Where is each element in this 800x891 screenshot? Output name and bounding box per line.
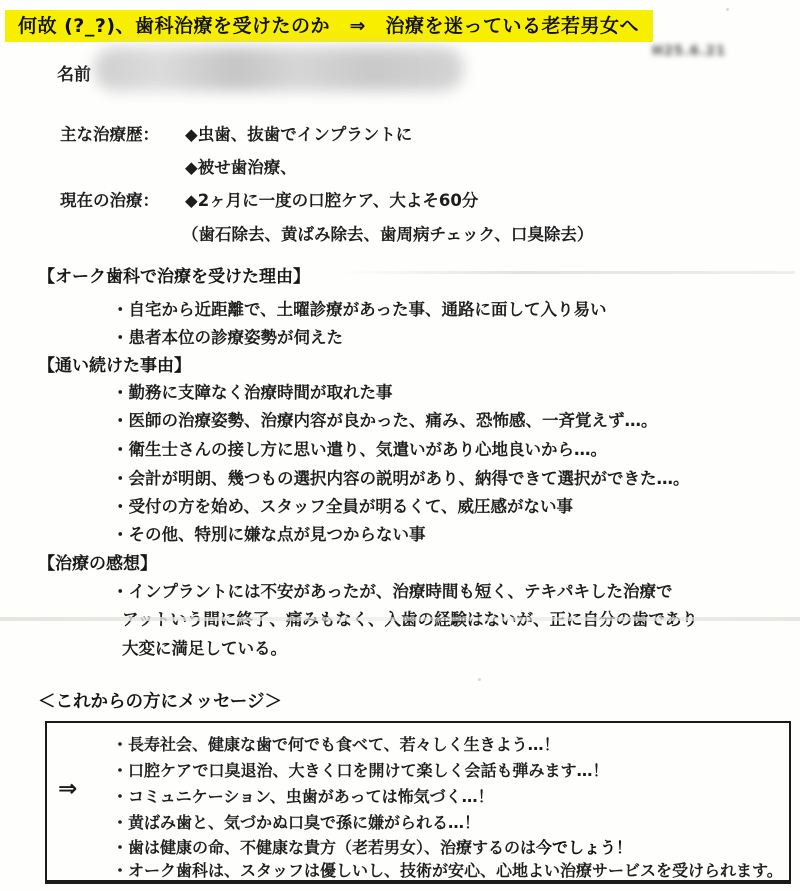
history-item: ◆被せ歯治療、 bbox=[185, 154, 297, 178]
message-item-emphasized: ・歯は健康の命、不健康な貴方（老若男女）、治療するのは今でしょう！ bbox=[112, 835, 632, 858]
list-item: ・その他、特別に嫌な点が見つからない事 bbox=[112, 521, 426, 545]
message-item-emphasis: 今でしょう！ bbox=[536, 838, 632, 857]
list-item: ・自宅から近距離で、土曜診療があった事、通路に面して入り易い bbox=[112, 296, 607, 320]
document-title: 何故 (?_?)、歯科治療を受けたのか ⇒ 治療を迷っている老若男女へ bbox=[18, 15, 639, 37]
date-stamp: H25.6.21 bbox=[652, 44, 726, 59]
double-arrow-icon: ⇒ bbox=[58, 776, 77, 802]
current-treatment-item: ◆2ヶ月に一度の口腔ケア、大よそ60分 bbox=[185, 187, 478, 211]
current-treatment-item: （歯石除去、黄ばみ除去、歯周病チェック、口臭除去） bbox=[182, 221, 593, 245]
redacted-name-blur bbox=[94, 47, 464, 91]
scanned-document-page: 何故 (?_?)、歯科治療を受けたのか ⇒ 治療を迷っている老若男女へ H25.… bbox=[0, 0, 800, 891]
section-heading-reasons: 【オーク歯科で治療を受けた理由】 bbox=[38, 262, 310, 287]
list-item: ・患者本位の診療姿勢が伺えた bbox=[112, 324, 343, 348]
message-item: ・口腔ケアで口臭退治、大きく口を開けて楽しく会話も弾みます…！ bbox=[112, 758, 608, 781]
list-item: ・インプラントには不安があったが、治療時間も短く、テキパキした治療で bbox=[112, 578, 673, 602]
scan-crease bbox=[340, 271, 795, 274]
message-heading: ＜これからの方にメッセージ＞ bbox=[38, 688, 282, 713]
current-treatment-label: 現在の治療： bbox=[60, 187, 159, 211]
message-item: ・長寿社会、健康な歯で何でも食べて、若々しく生きよう…！ bbox=[112, 732, 560, 755]
section-heading-impressions: 【治療の感想】 bbox=[38, 549, 157, 574]
list-item: ・医師の治療姿勢、治療内容が良かった、痛み、恐怖感、一斉覚えず…。 bbox=[112, 407, 658, 431]
message-item: ・オーク歯科は、スタッフは優しいし、技術が安心、心地よい治療サービスを受けられま… bbox=[112, 858, 783, 881]
document-title-highlight: 何故 (?_?)、歯科治療を受けたのか ⇒ 治療を迷っている老若男女へ bbox=[5, 10, 653, 42]
history-label: 主な治療歴： bbox=[60, 121, 159, 145]
history-item: ◆虫歯、抜歯でインプラントに bbox=[185, 121, 412, 145]
list-item-continuation: 大変に満足している。 bbox=[122, 635, 287, 659]
list-item: ・勤務に支障なく治療時間が取れた事 bbox=[112, 379, 393, 403]
message-item: ・黄ばみ歯と、気づかぬ口臭で孫に嫌がられる…！ bbox=[112, 810, 480, 833]
list-item-continuation: アットいう間に終了、痛みもなく、入歯の経験はないが、正に自分の歯であり bbox=[122, 606, 698, 630]
name-label: 名前 bbox=[57, 60, 91, 85]
list-item: ・衛生士さんの接し方に思い遣り、気遣いがあり心地良いから…。 bbox=[112, 436, 607, 460]
list-item: ・受付の方を始め、スタッフ全員が明るくて、威圧感がない事 bbox=[112, 493, 573, 517]
message-item: ・コミュニケーション、虫歯があっては怖気づく…！ bbox=[112, 784, 494, 807]
scan-speck bbox=[478, 678, 481, 681]
message-item-text: ・歯は健康の命、不健康な貴方（老若男女）、治療するのは bbox=[112, 838, 536, 857]
section-heading-continuing: 【通い続けた事由】 bbox=[38, 351, 191, 376]
list-item: ・会計が明朗、幾つもの選択内容の説明があり、納得できて選択ができた…。 bbox=[112, 465, 690, 489]
scan-speck bbox=[726, 8, 729, 11]
